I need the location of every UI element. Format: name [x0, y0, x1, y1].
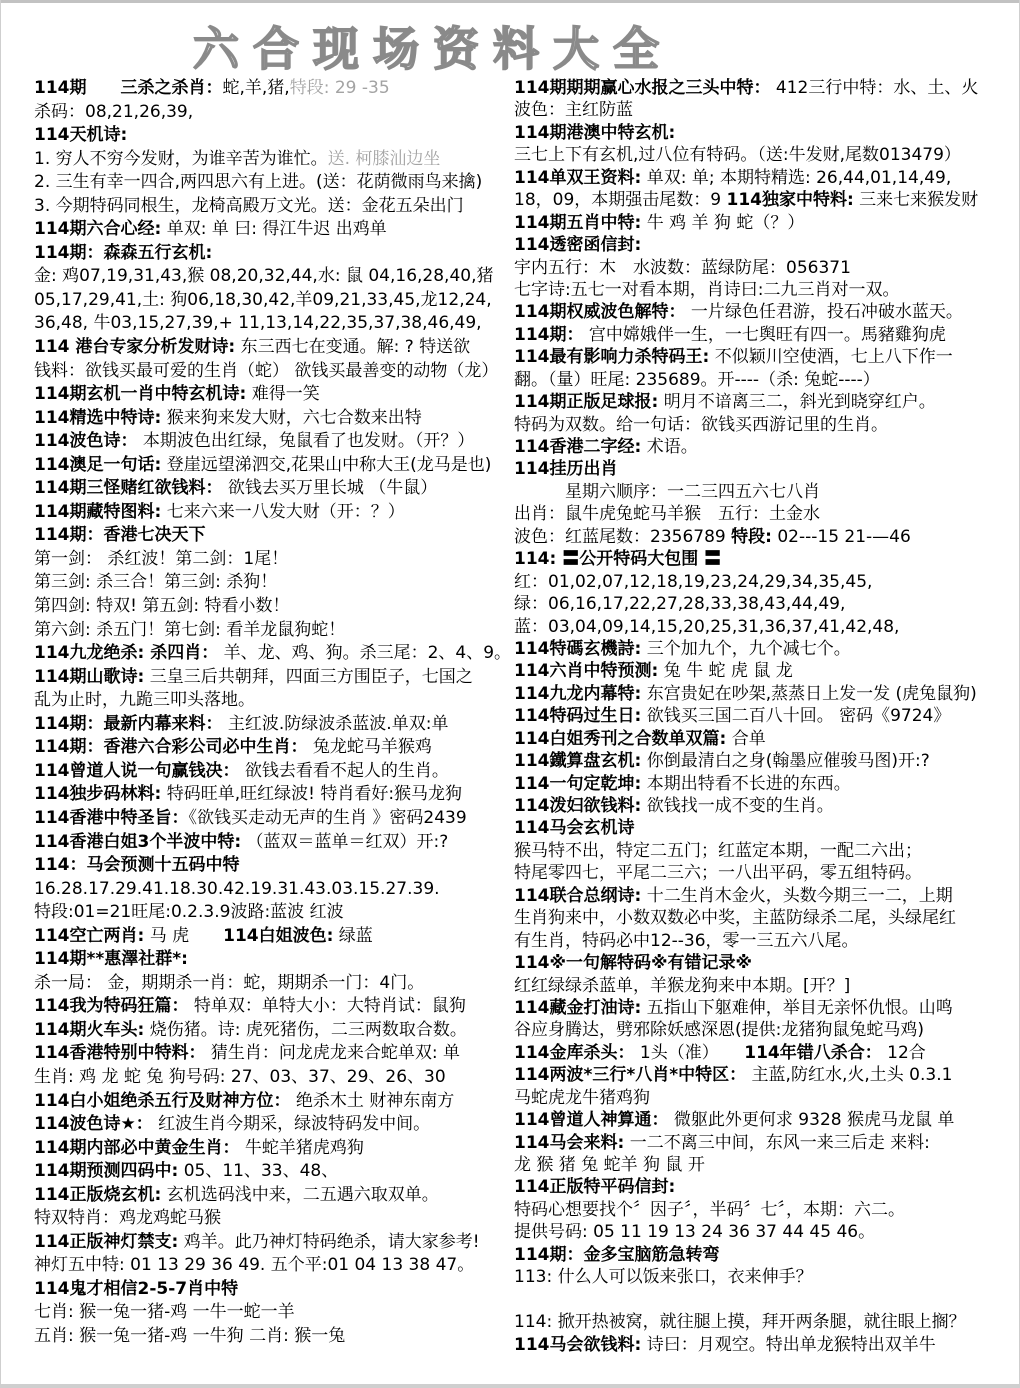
text-line: 114曾道人说一句赢钱决： 欲钱去看看不起人的生肖。: [34, 760, 508, 784]
text-line: 红：01,02,07,12,18,19,23,24,29,34,35,45,: [514, 571, 1014, 593]
text-line: 114：马会预测十五码中特: [34, 854, 508, 878]
text-segment: 1. 穷人不穷今发财，为谁辛苦为谁忙。: [34, 149, 328, 169]
text-line: 114波色诗★： 红波生肖今期采，绿波特码发中间。: [34, 1113, 508, 1137]
text-line: 特双特肖：鸡龙鸡蛇马猴: [34, 1207, 508, 1231]
text-segment: 114期山歌诗:: [34, 667, 144, 687]
text-segment: 牛蛇羊猪虎鸡狗: [240, 1138, 364, 1158]
text-segment: 114: 掀开热被窝，就往腿上摸，拜开两条腿，就往眼上搁？: [514, 1312, 966, 1332]
text-segment: 猜生肖：问龙虎龙来合蛇单双: 单: [206, 1043, 461, 1063]
text-line: 五肖: 猴一兔一猪-鸡 一牛狗 二肖: 猴一兔: [34, 1325, 508, 1349]
text-segment: 生肖狗来中，小数双数必中奖，主蓝防绿杀二尾，头绿尾红: [514, 908, 956, 928]
text-line: 蓝：03,04,09,14,15,20,25,31,36,37,41,42,48…: [514, 616, 1014, 638]
text-line: 114期：金多宝脑筋急转弯: [514, 1244, 1014, 1266]
text-segment: 114正版烧玄机:: [34, 1185, 161, 1205]
text-line: 114期三怪赌红欲钱料： 欲钱去买万里长城 （牛鼠）: [34, 477, 508, 501]
text-segment: 114期内部必中黄金生肖：: [34, 1138, 240, 1158]
text-segment: 送. 柯膝汕边坐: [328, 149, 441, 169]
text-segment: 星期六顺序：一二三四五六七八肖: [514, 482, 820, 502]
text-segment: 1头（准）: [635, 1043, 745, 1063]
text-line: 乱为止时，九跪三叩头落地。: [34, 689, 508, 713]
text-line: 114最有影响力杀特码王: 不似颖川空使酒，七上八下作一: [514, 346, 1014, 368]
text-segment: 114期 三杀之杀肖：: [34, 78, 223, 98]
text-segment: 杀码：08,21,26,39,: [34, 102, 193, 122]
text-segment: 114独步码林料:: [34, 784, 161, 804]
text-line: [514, 1289, 1014, 1311]
text-segment: 蛇,羊,猪,: [223, 78, 290, 98]
text-line: 114独步码林料: 特码旺单,旺红绿波! 特肖看好:猴马龙狗: [34, 783, 508, 807]
text-segment: 杀一局： 金，期期杀一肖：蛇，期期杀一门：4门。: [34, 973, 424, 993]
text-segment: 三来七来猴发财: [854, 190, 978, 210]
text-segment: 114※一句解特码※有错记录※: [514, 953, 752, 973]
text-line: 114※一句解特码※有错记录※: [514, 952, 1014, 974]
right-column: 114期期期赢心水报之三头中特： 412三行中特：水、土、火波色：主红防蓝114…: [514, 77, 1014, 1356]
text-segment: 三七上下有玄机,过八位有特码。（送:牛发财,尾数013479）: [514, 145, 961, 165]
text-line: 16.28.17.29.41.18.30.42.19.31.43.03.15.2…: [34, 878, 508, 902]
text-segment: 钱料：欲钱买最可爱的生肖（蛇） 欲钱买最善变的动物（龙）: [34, 361, 498, 381]
text-segment: 兔龙蛇马羊猴鸡: [308, 737, 432, 757]
text-segment: 114我为特码狂篇：: [34, 996, 189, 1016]
text-segment: 114期预测四码中:: [34, 1161, 178, 1181]
text-segment: 一片绿色任君游，投石冲破水蓝天。: [686, 302, 963, 322]
text-line: 114挂历出肖: [514, 458, 1014, 480]
text-line: 神灯五中特: 01 13 29 36 49. 五个平:01 04 13 38 4…: [34, 1254, 508, 1278]
text-segment: 特码旺单,旺红绿波! 特肖看好:猴马龙狗: [161, 784, 462, 804]
text-segment: 特单双：单特大小：大特肖试：鼠狗: [189, 996, 466, 1016]
text-segment: 114马会欲钱料:: [514, 1335, 641, 1355]
text-segment: 第四剑: 特双! 第五剑: 特看小数！: [34, 596, 289, 616]
text-segment: 36,48, 牛03,15,27,39,+ 11,13,14,22,35,37,…: [34, 313, 482, 333]
text-segment: 你倒最清白之身(翰墨应催骏马图)开:?: [641, 751, 929, 771]
text-segment: 十二生肖木金火，头数今期三一二，上期: [641, 886, 952, 906]
text-line: 3. 今期特码同根生，龙椅高殿万文光。送：金花五朵出门: [34, 195, 508, 219]
text-segment: 七肖: 猴一兔一猪-鸡 一牛一蛇一羊: [34, 1302, 295, 1322]
text-line: 114鬼才相信2-5-7肖中特: [34, 1278, 508, 1302]
text-line: 七字诗:五七一对看本期，肖诗曰:二九三肖对一双。: [514, 279, 1014, 301]
text-segment: 兔 牛 蛇 虎 鼠 龙: [658, 661, 792, 681]
text-line: 114期：香港七决天下: [34, 524, 508, 548]
text-segment: 114期藏特图料:: [34, 502, 161, 522]
text-segment: 114藏金打油诗:: [514, 998, 641, 1018]
text-segment: 诗曰：月观空。特出单龙猴特出双羊牛: [641, 1335, 935, 1355]
text-segment: 114联合总纲诗:: [514, 886, 641, 906]
text-segment: 绿：06,16,17,22,27,28,33,38,43,44,49,: [514, 594, 845, 614]
text-segment: 114期：香港六合彩公司必中生肖：: [34, 737, 308, 757]
text-segment: 114波色诗★：: [34, 1114, 153, 1134]
text-line: 杀一局： 金，期期杀一肖：蛇，期期杀一门：4门。: [34, 972, 508, 996]
text-segment: 波色：主红防蓝: [514, 100, 633, 120]
text-segment: 114曾道人神算通：: [514, 1110, 669, 1130]
text-line: 114波色诗： 本期波色出红绿，兔鼠看了也发财。（开？）: [34, 430, 508, 454]
document-page: 六合现场资料大全 114期 三杀之杀肖：蛇,羊,猪,特段: 29 -35杀码：0…: [1, 0, 1019, 1384]
text-segment: 114波色诗：: [34, 431, 138, 451]
text-line: 114马会来料: 一二不离三中间，东风一来三后走 来料:: [514, 1132, 1014, 1154]
text-line: 114白姐秀刊之合数单双篇: 合单: [514, 728, 1014, 750]
text-segment: 114独家中特料:: [726, 190, 853, 210]
text-segment: 《欲钱买走动无声的生肖 》密码2439: [189, 808, 467, 828]
text-segment: 114九龙内幕特:: [514, 684, 641, 704]
text-line: 114: 〓公开特码大包围 〓: [514, 548, 1014, 570]
text-line: 特段:01=21旺尾:0.2.3.9波路:蓝波 红波: [34, 901, 508, 925]
text-line: 杀码：08,21,26,39,: [34, 101, 508, 125]
text-segment: 翻。（量）旺尾: 235689。开----（杀: 兔蛇----）: [514, 370, 880, 390]
text-line: 第一剑： 杀红波！第二剑：1尾！: [34, 548, 508, 572]
text-line: 114期内部必中黄金生肖： 牛蛇羊猪虎鸡狗: [34, 1137, 508, 1161]
text-segment: 红波生肖今期采，绿波特码发中间。: [153, 1114, 430, 1134]
text-segment: 三个加九个，九个减七个。: [641, 639, 850, 659]
text-segment: 红红绿绿杀蓝单，羊猴龙狗来中本期。[开？]: [514, 976, 850, 996]
text-line: 第六剑: 杀五门！第七剑: 看羊龙鼠狗蛇！: [34, 619, 508, 643]
text-segment: 单双: 单; 本期特精选: 26,44,01,14,49,: [641, 168, 951, 188]
text-segment: 114期**惠澤社群*:: [34, 949, 188, 969]
text-segment: 微躯此外更何求 9328 猴虎马龙鼠 单: [669, 1110, 955, 1130]
text-line: 1. 穷人不穷今发财，为谁辛苦为谁忙。送. 柯膝汕边坐: [34, 148, 508, 172]
text-segment: 114期：森森五行玄机:: [34, 243, 212, 263]
text-line: 114香港中特圣旨：《欲钱买走动无声的生肖 》密码2439: [34, 807, 508, 831]
text-segment: 114期五肖中特:: [514, 213, 641, 233]
text-segment: （蓝双＝蓝单＝红双）开:?: [241, 832, 448, 852]
text-segment: 114透密函信封:: [514, 235, 641, 255]
text-segment: 乱为止时，九跪三叩头落地。: [34, 690, 255, 710]
text-segment: 114白姐波色:: [223, 926, 333, 946]
text-line: 114正版神灯禁支: 鸡羊。此乃神灯特码绝杀，请大家参考!: [34, 1231, 508, 1255]
text-line: 翻。（量）旺尾: 235689。开----（杀: 兔蛇----）: [514, 369, 1014, 391]
text-segment: 114鐵算盘玄机:: [514, 751, 641, 771]
text-segment: 马蛇虎龙牛猪鸡狗: [514, 1088, 650, 1108]
text-line: 18，09，本期强击尾数：9 114独家中特料: 三来七来猴发财: [514, 189, 1014, 211]
text-segment: 谷应身腾达，劈邪除妖感深恩(提供:龙猪狗鼠兔蛇马鸡): [514, 1020, 924, 1040]
text-line: 114联合总纲诗: 十二生肖木金火，头数今期三一二，上期: [514, 885, 1014, 907]
text-segment: 114鬼才相信2-5-7肖中特: [34, 1279, 238, 1299]
text-segment: 本期出特看不长进的东西。: [641, 774, 850, 794]
text-segment: 不似颖川空使酒，七上八下作一: [709, 347, 952, 367]
text-segment: 114期正版足球报:: [514, 392, 658, 412]
text-line: 提供号码: 05 11 19 13 24 36 37 44 45 46。: [514, 1221, 1014, 1243]
text-line: 波色：主红防蓝: [514, 99, 1014, 121]
text-segment: 114期火车头:: [34, 1020, 144, 1040]
text-line: 钱料：欲钱买最可爱的生肖（蛇） 欲钱买最善变的动物（龙）: [34, 360, 508, 384]
text-line: 114精选中特诗: 猴来狗来发大财，六七合数来出特: [34, 407, 508, 431]
text-line: 36,48, 牛03,15,27,39,+ 11,13,14,22,35,37,…: [34, 312, 508, 336]
text-segment: 114精选中特诗:: [34, 408, 161, 428]
text-line: 绿：06,16,17,22,27,28,33,38,43,44,49,: [514, 593, 1014, 615]
text-line: 114白小姐绝杀五行及财神方位： 绝杀木土 财神东南方: [34, 1090, 508, 1114]
text-line: 114期六合心经: 单双: 单 曰: 得江牛迟 出鸡单: [34, 218, 508, 242]
text-segment: 难得一笑: [246, 384, 319, 404]
text-segment: 114香港特别中特料：: [34, 1043, 206, 1063]
text-segment: 114特碼玄機詩:: [514, 639, 641, 659]
text-segment: 3. 今期特码同根生，龙椅高殿万文光。送：金花五朵出门: [34, 196, 464, 216]
text-segment: 第六剑: 杀五门！第七剑: 看羊龙鼠狗蛇！: [34, 620, 345, 640]
text-segment: 特段:: [731, 527, 772, 547]
text-segment: 114 港台专家分析发财诗:: [34, 337, 235, 357]
text-line: 114正版特平码信封:: [514, 1176, 1014, 1198]
text-segment: 红：01,02,07,12,18,19,23,24,29,34,35,45,: [514, 572, 872, 592]
text-segment: 16.28.17.29.41.18.30.42.19.31.43.03.15.2…: [34, 879, 440, 899]
text-segment: 114正版特平码信封:: [514, 1177, 675, 1197]
text-line: 114马会玄机诗: [514, 817, 1014, 839]
text-line: 马蛇虎龙牛猪鸡狗: [514, 1087, 1014, 1109]
text-line: 114期：森森五行玄机:: [34, 242, 508, 266]
text-segment: 七字诗:五七一对看本期，肖诗曰:二九三肖对一双。: [514, 280, 899, 300]
text-segment: 烧伤猪。诗: 虎死猪伤，二三两数取合数。: [144, 1020, 467, 1040]
text-line: 114天机诗:: [34, 124, 508, 148]
text-line: 七肖: 猴一兔一猪-鸡 一牛一蛇一羊: [34, 1301, 508, 1325]
text-line: 114一句定乾坤: 本期出特看不长进的东西。: [514, 773, 1014, 795]
text-segment: 2. 三生有幸一四合,两四思六有上进。(送：花荫微雨鸟来擒): [34, 172, 482, 192]
text-segment: 猴来狗来发大财，六七合数来出特: [161, 408, 421, 428]
text-segment: 蓝：03,04,09,14,15,20,25,31,36,37,41,42,48…: [514, 617, 899, 637]
text-line: 114九龙绝杀: 杀四肖： 羊、龙、鸡、狗。杀三尾：2、4、9。: [34, 642, 508, 666]
text-line: 114期五肖中特: 牛 鸡 羊 狗 蛇（？）: [514, 212, 1014, 234]
text-segment: 一二不离三中间，东风一来三后走 来料:: [624, 1133, 930, 1153]
text-segment: 玄机选码浅中来，二五遇六取双单。: [161, 1185, 438, 1205]
text-segment: 114特码过生日:: [514, 706, 641, 726]
text-segment: 18，09，本期强击尾数：9: [514, 190, 726, 210]
text-segment: 12合: [882, 1043, 926, 1063]
text-segment: 龙 猴 猪 兔 蛇羊 狗 鼠 开: [514, 1155, 705, 1175]
text-line: 113: 什么人可以饭来张口，衣来伸手？: [514, 1266, 1014, 1288]
text-line: 特尾零四七，平尾二三六；一八出平码，零五组特码。: [514, 862, 1014, 884]
text-line: 114期**惠澤社群*:: [34, 948, 508, 972]
text-segment: 马 虎: [144, 926, 223, 946]
text-line: 114鐵算盘玄机: 你倒最清白之身(翰墨应催骏马图)开:?: [514, 750, 1014, 772]
text-segment: 特尾零四七，平尾二三六；一八出平码，零五组特码。: [514, 863, 922, 883]
text-segment: 114: 〓公开特码大包围 〓: [514, 549, 721, 569]
text-segment: 114天机诗:: [34, 125, 127, 145]
text-segment: 东三西七在变通。解: ? 特送欲: [235, 337, 470, 357]
text-line: 红红绿绿杀蓝单，羊猴龙狗来中本期。[开？]: [514, 975, 1014, 997]
text-segment: 牛 鸡 羊 狗 蛇（？）: [641, 213, 804, 233]
text-line: 114期山歌诗: 三皇三后共朝拜，四面三方围臣子，七国之: [34, 666, 508, 690]
text-line: 114: 掀开热被窝，就往腿上摸，拜开两条腿，就往眼上搁？: [514, 1311, 1014, 1333]
text-line: 114空亡两肖: 马 虎 114白姐波色: 绿蓝: [34, 925, 508, 949]
text-segment: 02---15 21-—46: [772, 527, 911, 547]
text-line: 114曾道人神算通： 微躯此外更何求 9328 猴虎马龙鼠 单: [514, 1109, 1014, 1131]
text-segment: 五肖: 猴一兔一猪-鸡 一牛狗 二肖: 猴一兔: [34, 1326, 345, 1346]
text-line: 114期正版足球报: 明月不谙离三二，斜光到晓穿红户。: [514, 391, 1014, 413]
text-segment: 114两波*三行*八肖*中特区：: [514, 1065, 746, 1085]
text-segment: 114年错八杀合：: [744, 1043, 882, 1063]
text-line: 114期期期赢心水报之三头中特： 412三行中特：水、土、火: [514, 77, 1014, 99]
text-segment: 羊、龙、鸡、狗。杀三尾：2、4、9。: [218, 643, 511, 663]
text-line: 金: 鸡07,19,31,43,猴 08,20,32,44,水: 鼠 04,16…: [34, 265, 508, 289]
text-segment: 114白姐秀刊之合数单双篇:: [514, 729, 726, 749]
text-line: 第四剑: 特双! 第五剑: 特看小数！: [34, 595, 508, 619]
text-line: 114期：香港六合彩公司必中生肖： 兔龙蛇马羊猴鸡: [34, 736, 508, 760]
text-line: 114两波*三行*八肖*中特区： 主蓝,防红水,火,土头 0.3.1: [514, 1064, 1014, 1086]
text-segment: 第一剑： 杀红波！第二剑：1尾！: [34, 549, 288, 569]
text-segment: 114曾道人说一句赢钱决：: [34, 761, 240, 781]
text-segment: 114泼妇欲钱料:: [514, 796, 641, 816]
text-line: 114特码过生日: 欲钱买三国二百八十回。 密码《9724》: [514, 705, 1014, 727]
text-line: 出肖：鼠牛虎兔蛇马羊猴 五行：土金水: [514, 503, 1014, 525]
text-line: 114正版烧玄机: 玄机选码浅中来，二五遇六取双单。: [34, 1184, 508, 1208]
text-line: 114特碼玄機詩: 三个加九个，九个减七个。: [514, 638, 1014, 660]
text-segment: 412三行中特：水、土、火: [771, 78, 979, 98]
text-segment: 有生肖，特码必中12--36，零一三五六八尾。: [514, 931, 859, 951]
page-title: 六合现场资料大全: [193, 13, 683, 75]
text-line: 114期港澳中特玄机:: [514, 122, 1014, 144]
text-segment: 三皇三后共朝拜，四面三方围臣子，七国之: [144, 667, 472, 687]
text-segment: 114期三怪赌红欲钱料：: [34, 478, 223, 498]
text-segment: 合单: [726, 729, 765, 749]
text-segment: 05,17,29,41,土: 狗06,18,30,42,羊09,21,33,45…: [34, 290, 492, 310]
text-segment: 114：马会预测十五码中特: [34, 855, 240, 875]
text-segment: 欲钱找一成不变的生肖。: [641, 796, 833, 816]
text-line: 有生肖，特码必中12--36，零一三五六八尾。: [514, 930, 1014, 952]
text-segment: 出肖：鼠牛虎兔蛇马羊猴 五行：土金水: [514, 504, 820, 524]
text-segment: 七来六来一八发大财（开：？）: [161, 502, 404, 522]
text-segment: 114马会玄机诗: [514, 818, 635, 838]
text-segment: 114期：香港七决天下: [34, 525, 206, 545]
text-segment: 术语。: [641, 437, 697, 457]
text-line: 114藏金打油诗: 五指山下躯难伸，举目无亲怀仇恨。山鸣: [514, 997, 1014, 1019]
text-line: 星期六顺序：一二三四五六七八肖: [514, 481, 1014, 503]
text-line: 三七上下有玄机,过八位有特码。（送:牛发财,尾数013479）: [514, 144, 1014, 166]
text-line: 114期： 宫中嫦娥伴一生，一七舆旺有四一。馬豬雞狗虎: [514, 324, 1014, 346]
text-segment: 114期权威波色解特：: [514, 302, 686, 322]
text-line: 114期权威波色解特： 一片绿色任君游，投石冲破水蓝天。: [514, 301, 1014, 323]
text-line: 猴马特不出，特定二五门；红蓝定本期，一配二六出；: [514, 840, 1014, 862]
text-segment: 特段: 29 -35: [290, 78, 390, 98]
text-segment: 欲钱买三国二百八十回。 密码《9724》: [641, 706, 950, 726]
text-line: 114期：最新内幕来料： 主红波.防绿波杀蓝波.单双:单: [34, 713, 508, 737]
text-segment: 特双特肖：鸡龙鸡蛇马猴: [34, 1208, 221, 1228]
text-segment: 单双: 单 曰: 得江牛迟 出鸡单: [161, 219, 386, 239]
text-segment: 宫中嫦娥伴一生，一七舆旺有四一。馬豬雞狗虎: [584, 325, 946, 345]
text-segment: 猴马特不出，特定二五门；红蓝定本期，一配二六出；: [514, 841, 922, 861]
text-segment: 114澳足一句话:: [34, 455, 161, 475]
text-line: 特码为双数。给一句话：欲钱买西游记里的生肖。: [514, 414, 1014, 436]
text-segment: 金: 鸡07,19,31,43,猴 08,20,32,44,水: 鼠 04,16…: [34, 266, 494, 286]
text-segment: 113: 什么人可以饭来张口，衣来伸手？: [514, 1267, 813, 1287]
text-segment: 生肖: 鸡 龙 蛇 兔 狗号码: 27、03、37、29、26、30: [34, 1067, 446, 1087]
text-line: 114泼妇欲钱料: 欲钱找一成不变的生肖。: [514, 795, 1014, 817]
text-segment: 114金库杀头：: [514, 1043, 635, 1063]
text-segment: 114香港二字经:: [514, 437, 641, 457]
text-line: 114期预测四码中: 05、11、33、48、: [34, 1160, 508, 1184]
text-segment: 鸡羊。此乃神灯特码绝杀，请大家参考!: [178, 1232, 479, 1252]
text-segment: 提供号码: 05 11 19 13 24 36 37 44 45 46。: [514, 1222, 875, 1242]
text-segment: 宇内五行：木 水波数：蓝绿防尾：056371: [514, 258, 851, 278]
text-segment: 114九龙绝杀: 杀四肖：: [34, 643, 218, 663]
text-line: 114 港台专家分析发财诗: 东三西七在变通。解: ? 特送欲: [34, 336, 508, 360]
text-segment: 114香港白姐3个半波中特:: [34, 832, 241, 852]
text-line: 2. 三生有幸一四合,两四思六有上进。(送：花荫微雨鸟来擒): [34, 171, 508, 195]
text-segment: 特码为双数。给一句话：欲钱买西游记里的生肖。: [514, 415, 888, 435]
text-segment: 114空亡两肖:: [34, 926, 144, 946]
text-segment: 绿蓝: [333, 926, 372, 946]
text-segment: 欲钱去买万里长城 （牛鼠）: [223, 478, 438, 498]
text-segment: 114单双王资料:: [514, 168, 641, 188]
text-segment: 114期：最新内幕来料：: [34, 714, 223, 734]
text-line: 生肖狗来中，小数双数必中奖，主蓝防绿杀二尾，头绿尾红: [514, 907, 1014, 929]
text-segment: 五指山下躯难伸，举目无亲怀仇恨。山鸣: [641, 998, 952, 1018]
text-line: 谷应身腾达，劈邪除妖感深恩(提供:龙猪狗鼠兔蛇马鸡): [514, 1019, 1014, 1041]
text-segment: 绝杀木土 财神东南方: [291, 1091, 455, 1111]
text-segment: 114正版神灯禁支:: [34, 1232, 178, 1252]
text-line: 龙 猴 猪 兔 蛇羊 狗 鼠 开: [514, 1154, 1014, 1176]
text-line: 114期 三杀之杀肖：蛇,羊,猪,特段: 29 -35: [34, 77, 508, 101]
text-segment: 本期波色出红绿，兔鼠看了也发财。（开？）: [138, 431, 475, 451]
text-line: 114香港二字经: 术语。: [514, 436, 1014, 458]
text-line: 114澳足一句话: 登崖远望涕泗交,花果山中称大王(龙马是也): [34, 454, 508, 478]
left-column: 114期 三杀之杀肖：蛇,羊,猪,特段: 29 -35杀码：08,21,26,3…: [34, 77, 508, 1349]
text-segment: 114期：金多宝脑筋急转弯: [514, 1245, 720, 1265]
text-segment: 114期六合心经:: [34, 219, 161, 239]
text-segment: 114马会来料:: [514, 1133, 624, 1153]
text-line: 114透密函信封:: [514, 234, 1014, 256]
text-segment: 神灯五中特: 01 13 29 36 49. 五个平:01 04 13 38 4…: [34, 1255, 474, 1275]
text-line: 114期藏特图料: 七来六来一八发大财（开：？）: [34, 501, 508, 525]
text-segment: 特段:01=21旺尾:0.2.3.9波路:蓝波 红波: [34, 902, 344, 922]
text-line: 第三剑: 杀三合！第三剑: 杀狗！: [34, 571, 508, 595]
text-line: 114我为特码狂篇： 特单双：单特大小：大特肖试：鼠狗: [34, 995, 508, 1019]
text-line: 114期火车头: 烧伤猪。诗: 虎死猪伤，二三两数取合数。: [34, 1019, 508, 1043]
text-line: 宇内五行：木 水波数：蓝绿防尾：056371: [514, 257, 1014, 279]
text-line: 生肖: 鸡 龙 蛇 兔 狗号码: 27、03、37、29、26、30: [34, 1066, 508, 1090]
text-segment: 114白小姐绝杀五行及财神方位：: [34, 1091, 291, 1111]
text-line: 114期玄机一肖中特玄机诗: 难得一笑: [34, 383, 508, 407]
text-segment: 114香港中特圣旨：: [34, 808, 189, 828]
text-segment: 114最有影响力杀特码王:: [514, 347, 709, 367]
text-segment: 114期港澳中特玄机:: [514, 123, 675, 143]
text-segment: 114期期期赢心水报之三头中特：: [514, 78, 771, 98]
text-line: 114马会欲钱料: 诗曰：月观空。特出单龙猴特出双羊牛: [514, 1334, 1014, 1356]
text-line: 114金库杀头： 1头（准） 114年错八杀合： 12合: [514, 1042, 1014, 1064]
text-segment: 114挂历出肖: [514, 459, 618, 479]
text-segment: 东宫贵妃在吵架,蒸蒸日上发一发 (虎兔鼠狗): [641, 684, 976, 704]
text-line: 114香港白姐3个半波中特: （蓝双＝蓝单＝红双）开:?: [34, 831, 508, 855]
text-line: 114九龙内幕特: 东宫贵妃在吵架,蒸蒸日上发一发 (虎兔鼠狗): [514, 683, 1014, 705]
text-line: 特码心想要找个〞因子〞，半码〞七〞，本期：六二。: [514, 1199, 1014, 1221]
text-segment: 114期玄机一肖中特玄机诗:: [34, 384, 246, 404]
text-segment: 欲钱去看看不起人的生肖。: [240, 761, 449, 781]
text-segment: 明月不谙离三二，斜光到晓穿红户。: [658, 392, 935, 412]
text-line: 114单双王资料: 单双: 单; 本期特精选: 26,44,01,14,49,: [514, 167, 1014, 189]
text-segment: 主蓝,防红水,火,土头 0.3.1: [746, 1065, 952, 1085]
text-line: 波色：红蓝尾数：2356789 特段: 02---15 21-—46: [514, 526, 1014, 548]
text-segment: 第三剑: 杀三合！第三剑: 杀狗！: [34, 572, 277, 592]
text-segment: 登崖远望涕泗交,花果山中称大王(龙马是也): [161, 455, 491, 475]
text-line: 114香港特别中特料： 猜生肖：问龙虎龙来合蛇单双: 单: [34, 1042, 508, 1066]
text-segment: 114六肖中特预测:: [514, 661, 658, 681]
text-line: 05,17,29,41,土: 狗06,18,30,42,羊09,21,33,45…: [34, 289, 508, 313]
text-segment: 特码心想要找个〞因子〞，半码〞七〞，本期：六二。: [514, 1200, 905, 1220]
text-segment: 114期：: [514, 325, 584, 345]
text-segment: 主红波.防绿波杀蓝波.单双:单: [223, 714, 449, 734]
text-line: 114六肖中特预测: 兔 牛 蛇 虎 鼠 龙: [514, 660, 1014, 682]
text-segment: 05、11、33、48、: [178, 1161, 338, 1181]
text-segment: 114一句定乾坤:: [514, 774, 641, 794]
text-segment: 波色：红蓝尾数：2356789: [514, 527, 731, 547]
